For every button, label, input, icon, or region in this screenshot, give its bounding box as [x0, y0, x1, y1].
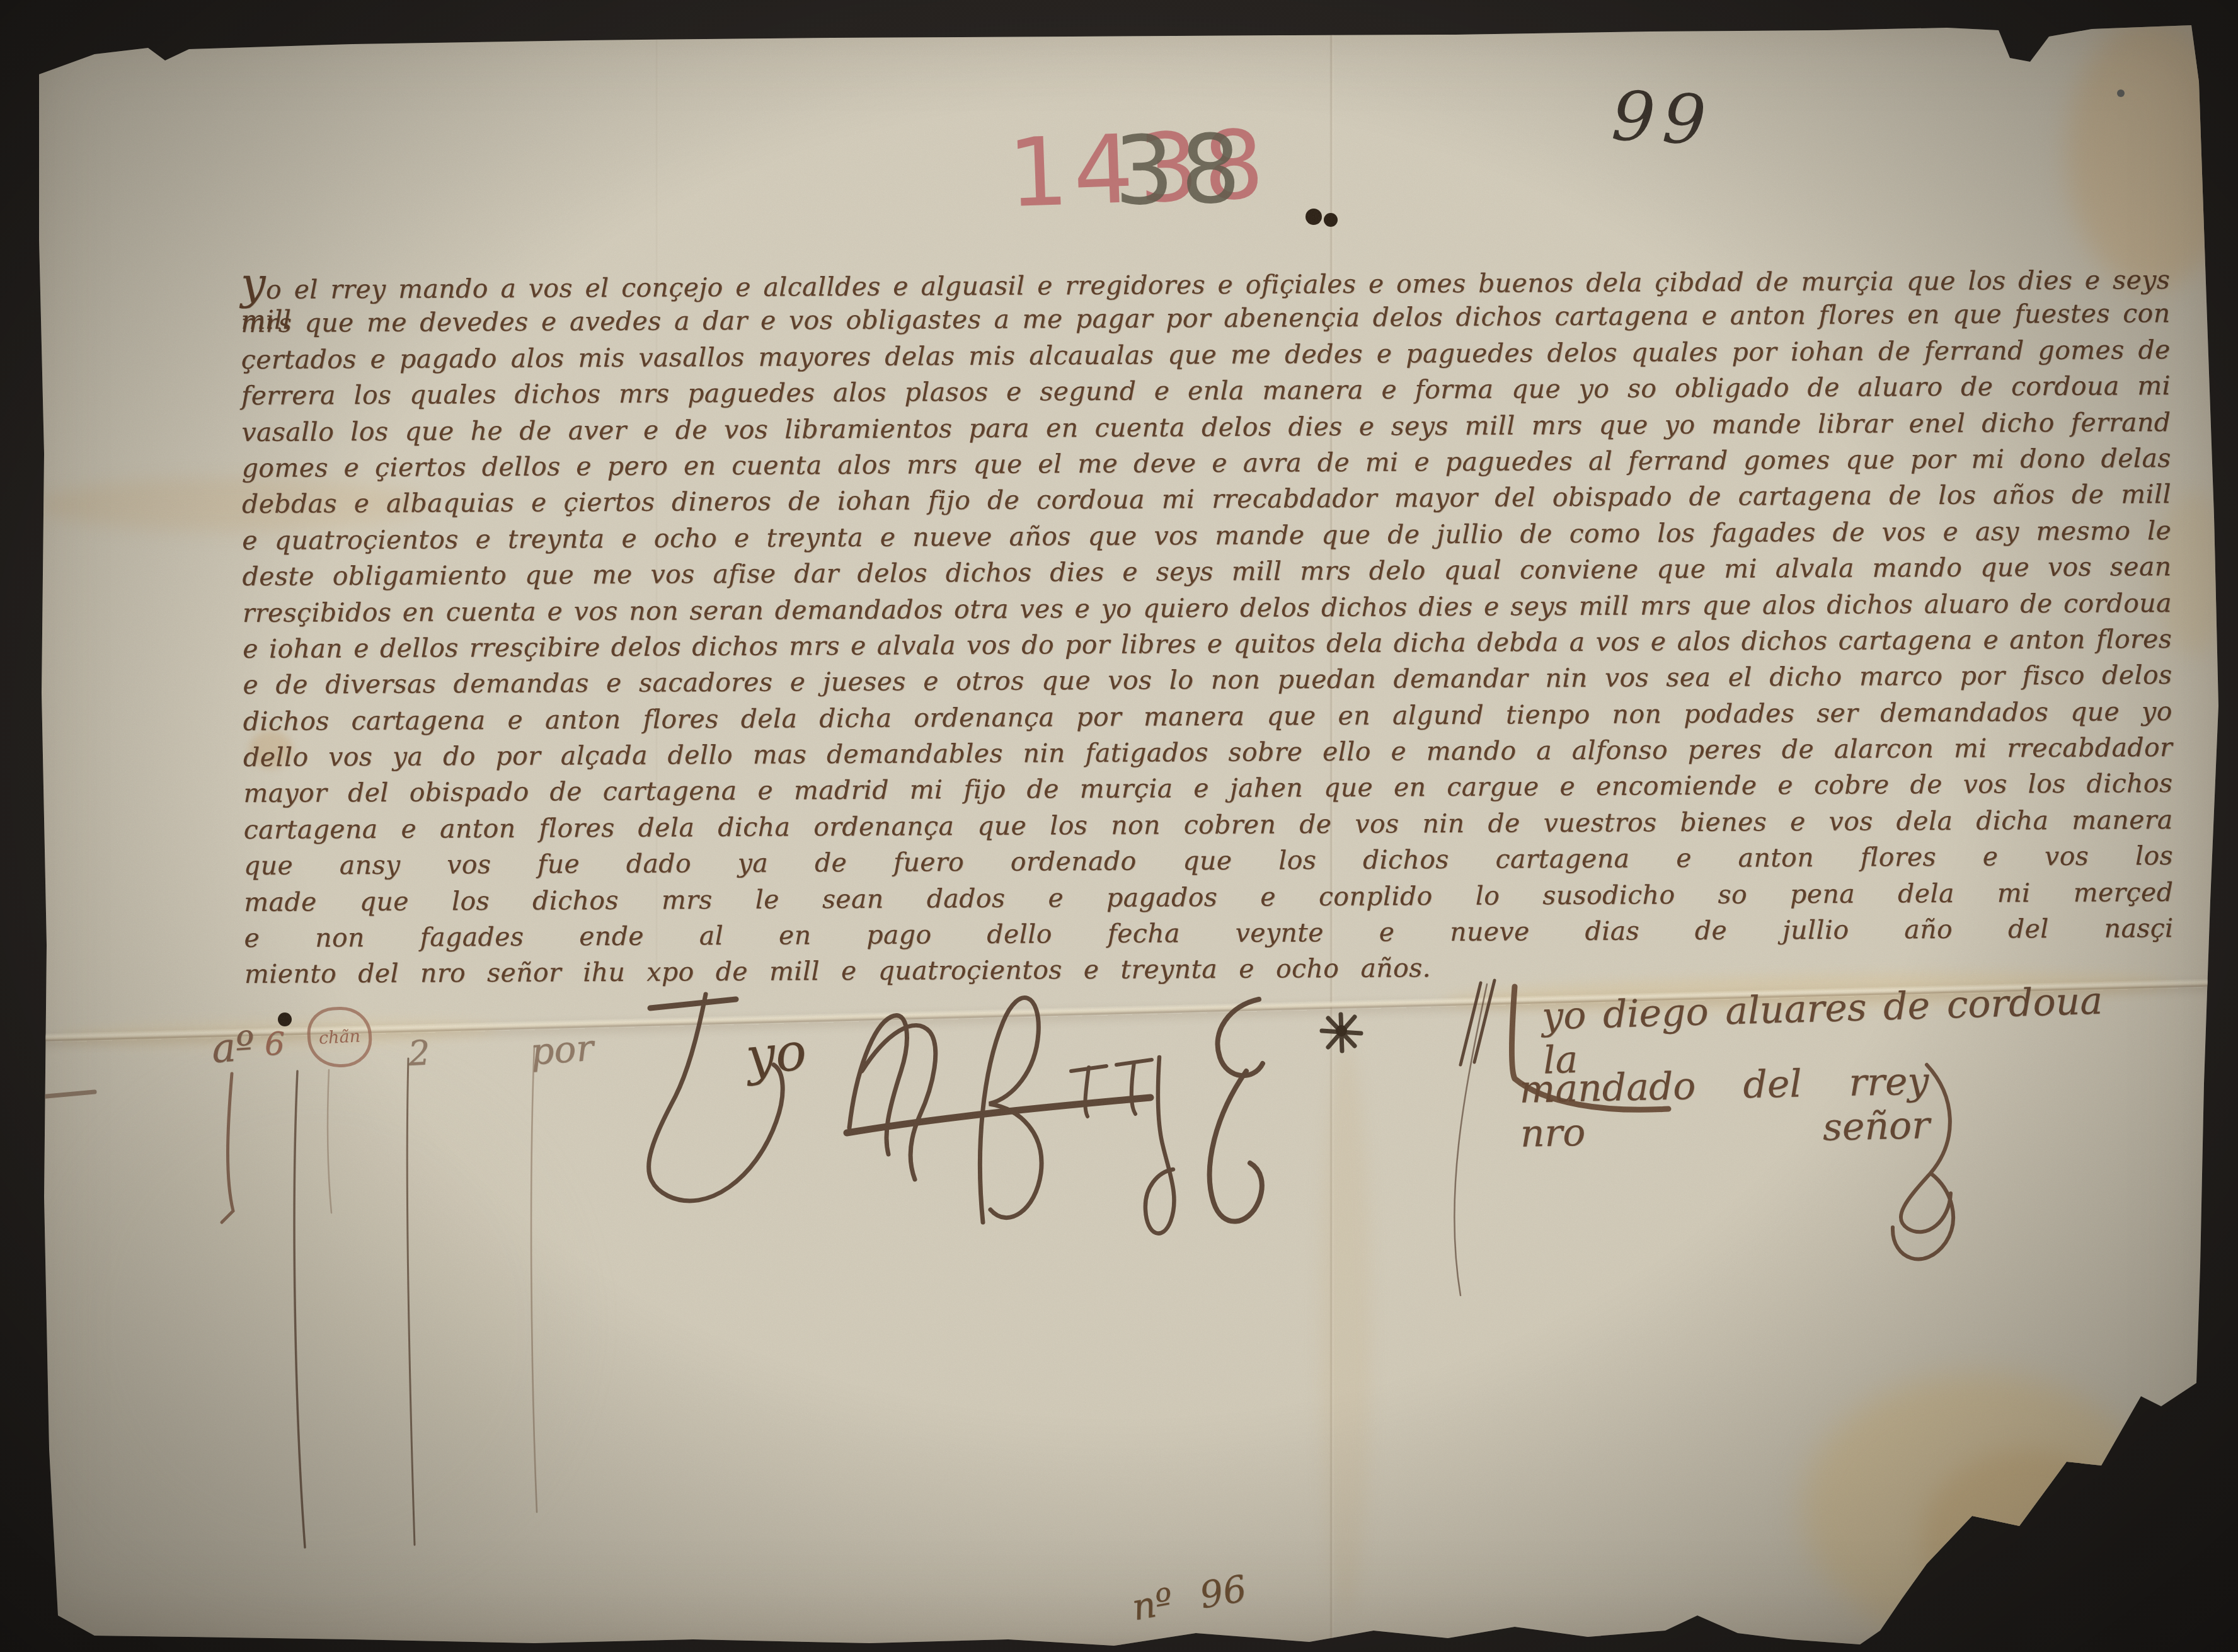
manuscript-sheet: 1438 38 99 yo el rrey mando a vos el con…	[0, 0, 2238, 1652]
paper-edge-shading	[0, 0, 2238, 1652]
photograph-background: 1438 38 99 yo el rrey mando a vos el con…	[0, 0, 2238, 1652]
